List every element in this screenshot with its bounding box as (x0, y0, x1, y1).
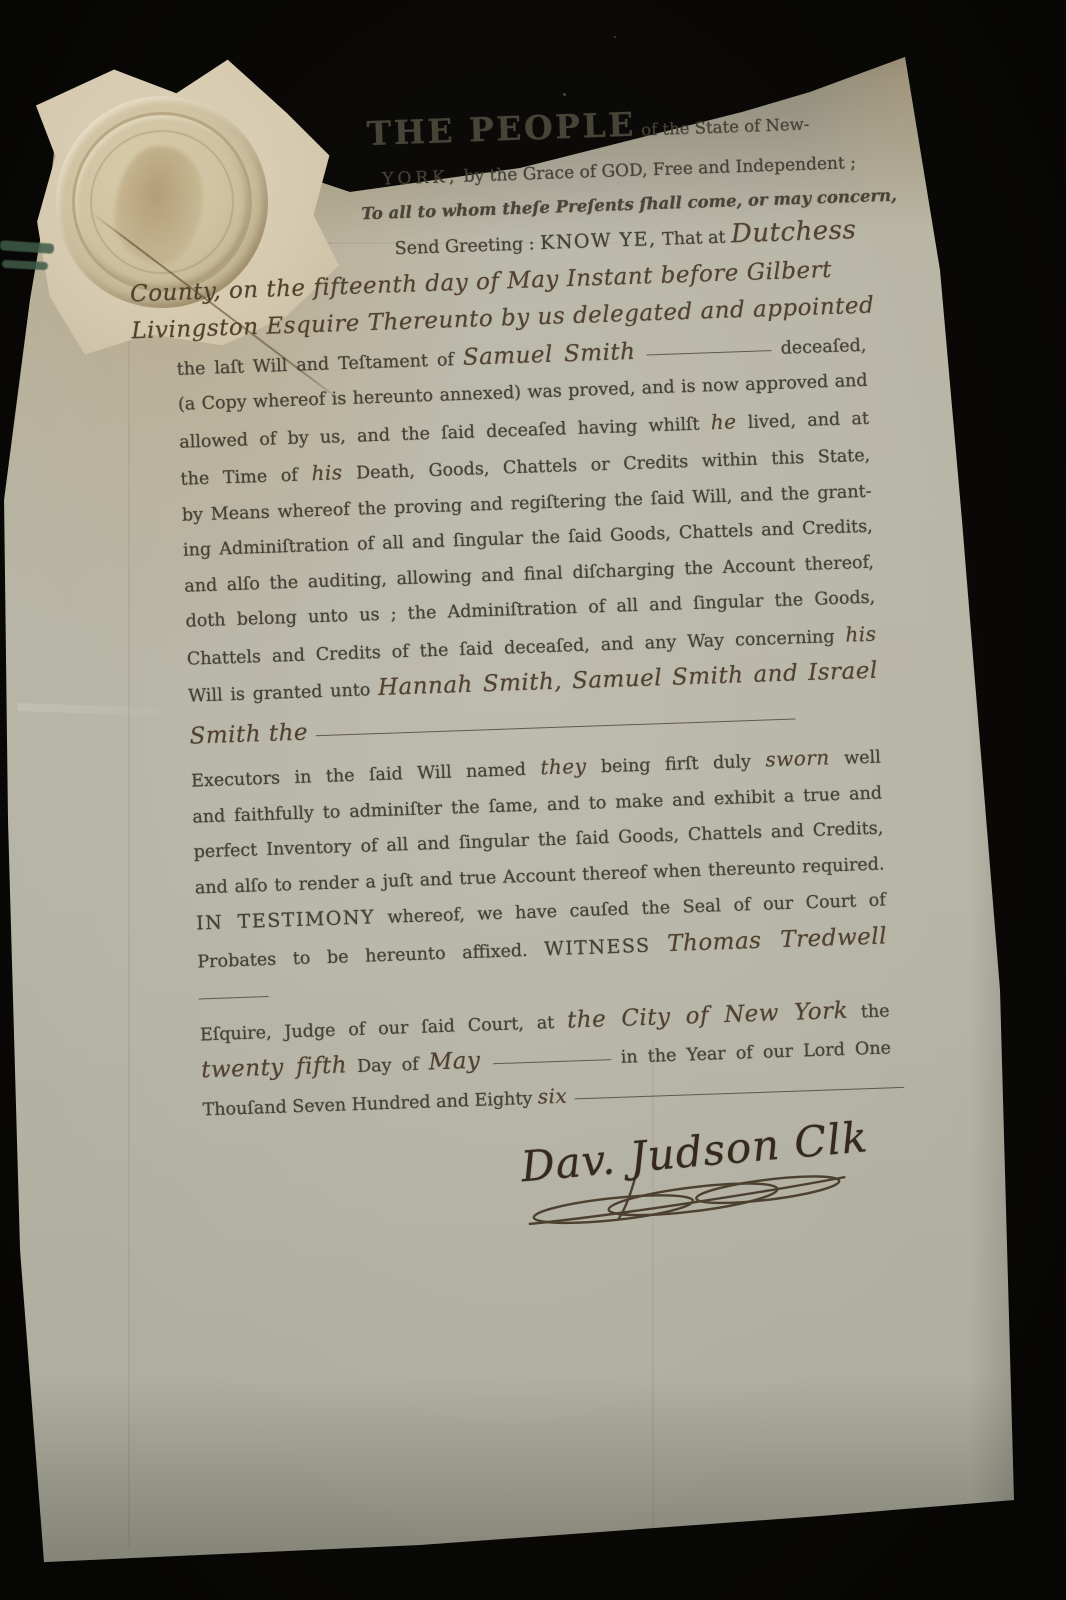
printed-text (650, 936, 667, 957)
printed-text: Send Greeting : (394, 234, 540, 259)
handwritten-text: six (537, 1083, 574, 1108)
handwritten-text: Thomas Tredwell (667, 923, 888, 957)
handwritten-text: Samuel Smith (462, 338, 647, 370)
printed-text: That at (656, 227, 731, 250)
handwritten-text: twenty fifth (201, 1052, 348, 1083)
printed-text: Day of (347, 1054, 429, 1077)
ink-rule (199, 994, 269, 999)
handwritten-text: Smith the (189, 719, 316, 749)
printed-text: Thouſand Seven Hundred and Eighty (202, 1088, 538, 1120)
handwritten-text: the City of New York (567, 997, 849, 1033)
title-suffix: of the State of New- (636, 115, 810, 140)
printed-text: well (829, 748, 881, 770)
printed-text: Executors in the ſaid Will named (191, 759, 541, 791)
document-title: THE PEOPLE (366, 105, 636, 153)
printed-text: lived, and at (736, 408, 869, 433)
document-body: Send Greeting : KNOW YE, That at Dutches… (172, 213, 893, 1129)
document-text: THE PEOPLE of the State of New- YORK, by… (168, 94, 897, 1245)
handwritten-text: they (540, 754, 587, 780)
printed-text: the Time of (180, 465, 312, 490)
dust-speck (614, 36, 616, 38)
handwritten-text: Dutchess (730, 215, 856, 249)
printed-text: the (848, 1001, 890, 1022)
printed-text: WITNESS (544, 934, 651, 960)
printed-text: the laſt Will and Teſtament of (176, 349, 463, 379)
printed-text: Probates to be hereunto affixed. (197, 940, 544, 972)
handwritten-text: May (428, 1047, 493, 1075)
ink-rule (647, 348, 772, 355)
ink-rule (493, 1057, 611, 1064)
printed-text: being firſt duly (586, 752, 766, 778)
printed-text: Eſquire, Judge of our ſaid Court, at (200, 1012, 568, 1045)
handwritten-text: his (311, 460, 343, 485)
ink-rule (574, 1084, 904, 1099)
handwritten-text: his (845, 621, 877, 646)
printed-text: Will is granted unto (188, 680, 379, 707)
handwritten-text: sworn (765, 745, 830, 771)
printed-text: KNOW YE, (540, 228, 657, 254)
handwritten-text: he (710, 409, 737, 434)
paper-crease (18, 703, 188, 717)
printed-text: deceaſed, (771, 335, 866, 358)
printed-text: IN TESTIMONY (196, 906, 376, 934)
paper-crease (128, 250, 130, 1550)
photo-background: THE PEOPLE of the State of New- YORK, by… (0, 0, 1066, 1600)
dust-speck (563, 93, 566, 96)
printed-text: in the Year of our Lord One (610, 1038, 891, 1068)
ink-rule (316, 716, 796, 736)
seal-ribbon (2, 260, 48, 270)
